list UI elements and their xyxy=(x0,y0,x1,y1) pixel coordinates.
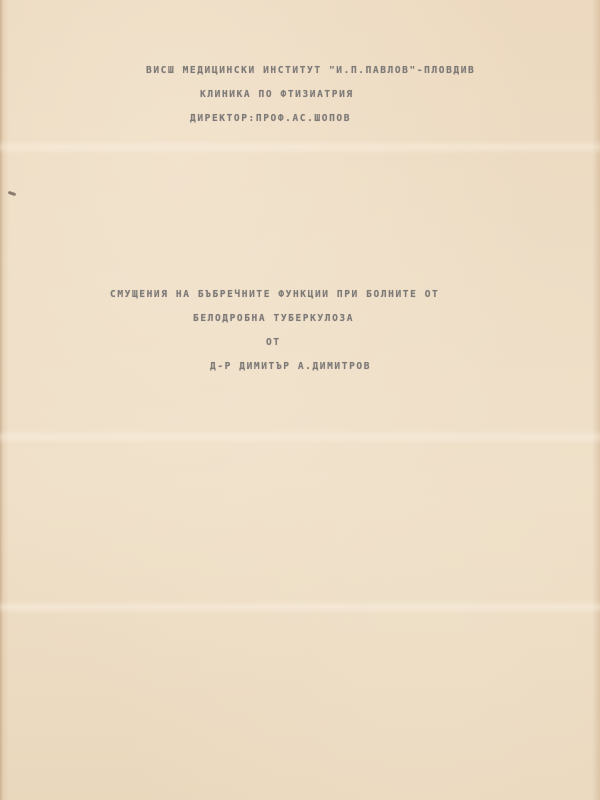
paper-crease xyxy=(0,140,600,154)
title-line-2: БЕЛОДРОБНА ТУБЕРКУЛОЗА xyxy=(193,313,354,324)
by-line: ОТ xyxy=(266,337,281,348)
document-page: ВИСШ МЕДИЦИНСКИ ИНСТИТУТ "И.П.ПАВЛОВ"-ПЛ… xyxy=(0,0,600,800)
clinic-line: КЛИНИКА ПО ФТИЗИАТРИЯ xyxy=(200,89,354,100)
ink-mark xyxy=(8,191,17,196)
paper-crease xyxy=(0,600,600,614)
director-line: ДИРЕКТОР:ПРОФ.АС.ШОПОВ xyxy=(190,113,351,124)
title-line-1: СМУЩЕНИЯ НА БЪБРЕЧНИТЕ ФУНКЦИИ ПРИ БОЛНИ… xyxy=(110,289,439,300)
author-line: Д-Р ДИМИТЪР А.ДИМИТРОВ xyxy=(210,361,371,372)
institution-line: ВИСШ МЕДИЦИНСКИ ИНСТИТУТ "И.П.ПАВЛОВ"-ПЛ… xyxy=(146,65,475,76)
paper-crease xyxy=(0,430,600,444)
